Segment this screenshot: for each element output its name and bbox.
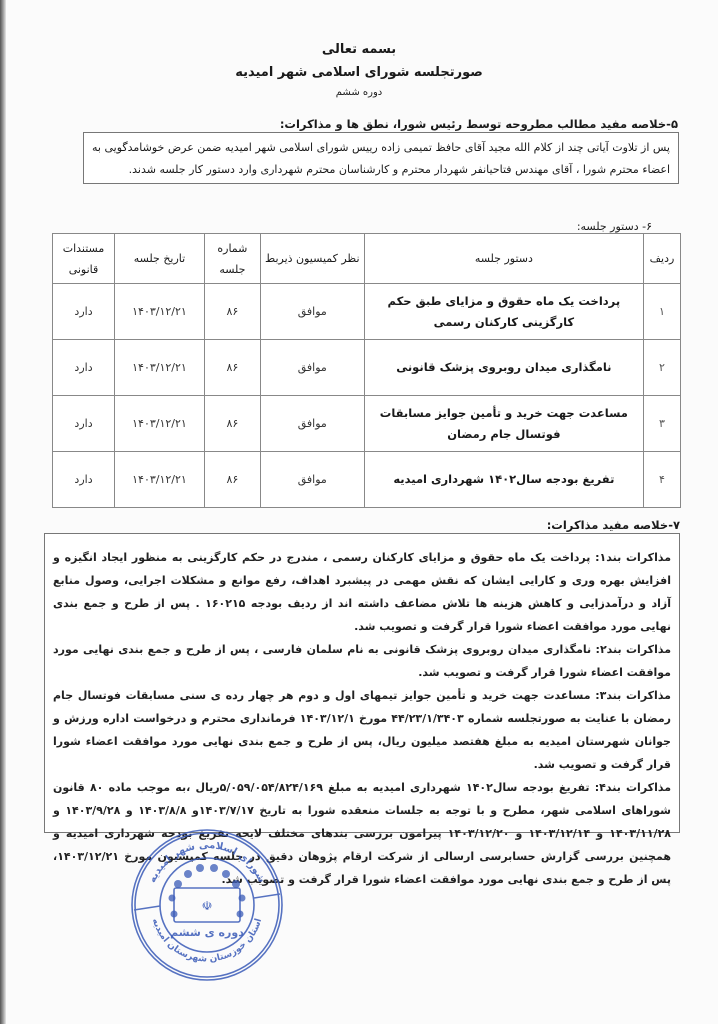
seal-icon: ☫ شورای اسلامی شهر امیدیه استان خوزستان … — [128, 826, 286, 984]
section-7-title: ۷-خلاصه مفید مذاکرات: — [547, 518, 680, 532]
discussion-item-1: مذاکرات بند۱: پرداخت یک ماه حقوق و مزایا… — [53, 546, 671, 638]
agenda-table: ردیف دستور جلسه نظر کمیسیون ذیربط شماره … — [52, 233, 681, 508]
discussion-item-2: مذاکرات بند۲: نامگذاری میدان روبروی پزشک… — [53, 638, 671, 684]
cell-legal: دارد — [53, 452, 115, 508]
cell-session-no: ۸۶ — [204, 396, 260, 452]
col-commission: نظر کمیسیون ذیربط — [260, 234, 364, 284]
section-5-box: پس از تلاوت آیاتی چند از کلام الله مجید … — [83, 132, 679, 184]
discussion-item-3: مذاکرات بند۳: مساعدت جهت خرید و تأمین جو… — [53, 684, 671, 776]
scan-page-edge — [0, 0, 6, 1024]
cell-session-no: ۸۶ — [204, 452, 260, 508]
cell-row: ۱ — [644, 284, 681, 340]
council-seal-stamp: ☫ شورای اسلامی شهر امیدیه استان خوزستان … — [128, 826, 286, 984]
agenda-header-row: ردیف دستور جلسه نظر کمیسیون ذیربط شماره … — [53, 234, 681, 284]
col-legal: مستندات قانونی — [53, 234, 115, 284]
section-6-title: ۶- دستور جلسه: — [577, 220, 652, 233]
cell-session-no: ۸۶ — [204, 284, 260, 340]
table-row: ۱ پرداخت یک ماه حقوق و مزایای طبق حکم کا… — [53, 284, 681, 340]
cell-legal: دارد — [53, 340, 115, 396]
cell-session-no: ۸۶ — [204, 340, 260, 396]
cell-topic: نامگذاری میدان روبروی پزشک قانونی — [364, 340, 643, 396]
cell-legal: دارد — [53, 284, 115, 340]
document-header: بسمه تعالی صورتجلسه شورای اسلامی شهر امی… — [0, 40, 718, 102]
svg-text:استان خوزستان شهرستان امیدیه: استان خوزستان شهرستان امیدیه — [150, 917, 264, 964]
invocation: بسمه تعالی — [0, 40, 718, 60]
document-title: صورتجلسه شورای اسلامی شهر امیدیه — [0, 62, 718, 84]
col-session-no: شماره جلسه — [204, 234, 260, 284]
svg-text:☫: ☫ — [202, 899, 213, 913]
cell-date: ۱۴۰۳/۱۲/۲۱ — [115, 340, 205, 396]
council-term: دوره ششم — [0, 84, 718, 102]
section-7-box: مذاکرات بند۱: پرداخت یک ماه حقوق و مزایا… — [44, 533, 680, 833]
section-5-text: پس از تلاوت آیاتی چند از کلام الله مجید … — [92, 137, 670, 181]
cell-topic: پرداخت یک ماه حقوق و مزایای طبق حکم کارگ… — [364, 284, 643, 340]
cell-legal: دارد — [53, 396, 115, 452]
cell-row: ۲ — [644, 340, 681, 396]
col-topic: دستور جلسه — [364, 234, 643, 284]
cell-topic: مساعدت جهت خرید و تأمین جوایز مسابقات فو… — [364, 396, 643, 452]
cell-date: ۱۴۰۳/۱۲/۲۱ — [115, 396, 205, 452]
cell-date: ۱۴۰۳/۱۲/۲۱ — [115, 284, 205, 340]
cell-topic: تفریغ بودجه سال۱۴۰۲ شهرداری امیدیه — [364, 452, 643, 508]
cell-commission: موافق — [260, 284, 364, 340]
col-row: ردیف — [644, 234, 681, 284]
cell-commission: موافق — [260, 396, 364, 452]
col-date: تاریخ جلسه — [115, 234, 205, 284]
cell-date: ۱۴۰۳/۱۲/۲۱ — [115, 452, 205, 508]
cell-row: ۳ — [644, 396, 681, 452]
table-row: ۴ تفریغ بودجه سال۱۴۰۲ شهرداری امیدیه موا… — [53, 452, 681, 508]
table-row: ۲ نامگذاری میدان روبروی پزشک قانونی مواف… — [53, 340, 681, 396]
cell-commission: موافق — [260, 340, 364, 396]
section-5-title: ۵-خلاصه مفید مطالب مطروحه توسط رئیس شورا… — [280, 117, 678, 131]
table-row: ۳ مساعدت جهت خرید و تأمین جوایز مسابقات … — [53, 396, 681, 452]
svg-text:دوره ی ششم: دوره ی ششم — [170, 926, 244, 939]
cell-row: ۴ — [644, 452, 681, 508]
cell-commission: موافق — [260, 452, 364, 508]
